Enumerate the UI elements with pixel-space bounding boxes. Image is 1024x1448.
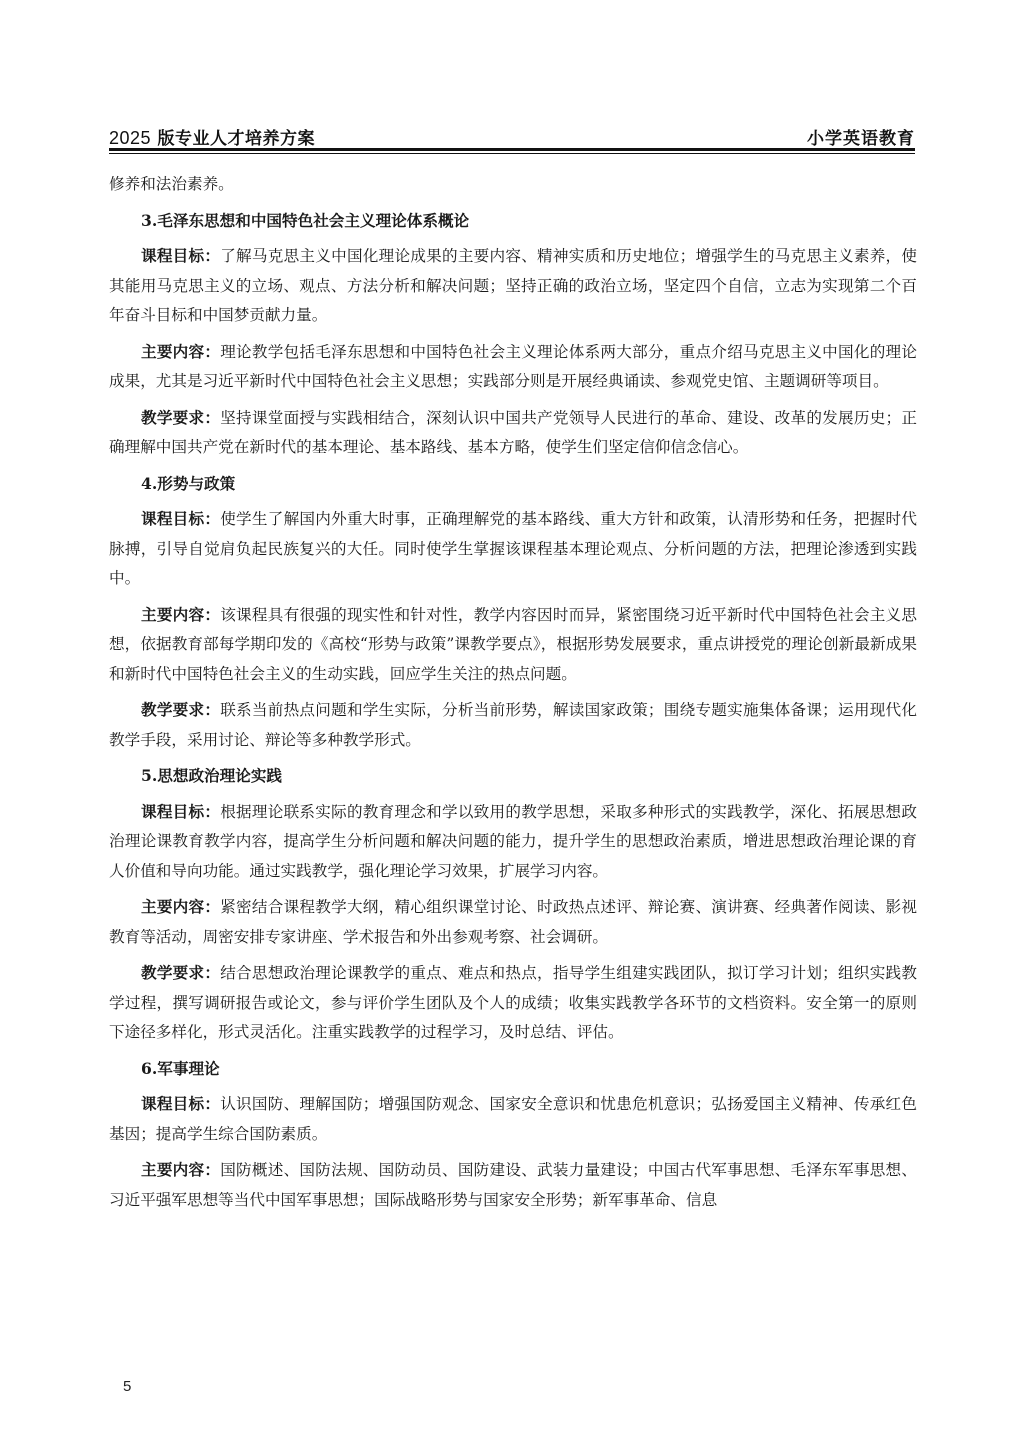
item-label: 教学要求： (141, 700, 220, 719)
document-body: 修养和法治素养。 3.毛泽东思想和中国特色社会主义理论体系概论 课程目标：了解马… (109, 170, 917, 1221)
item-label: 课程目标： (141, 246, 220, 265)
document-page: 2025 版专业人才培养方案 小学英语教育 修养和法治素养。 3.毛泽东思想和中… (0, 0, 1024, 1448)
course-objective: 课程目标：认识国防、理解国防；增强国防观念、国家安全意识和忧患危机意识；弘扬爱国… (109, 1089, 917, 1149)
item-label: 主要内容： (141, 1160, 220, 1179)
header-title-text: 版专业人才培养方案 (151, 129, 315, 149)
item-text: 该课程具有很强的现实性和针对性，教学内容因时而异，紧密围绕习近平新时代中国特色社… (109, 606, 917, 683)
main-content: 主要内容：紧密结合课程教学大纲，精心组织课堂讨论、时政热点述评、辩论赛、演讲赛、… (109, 892, 917, 952)
section-heading: 6.军事理论 (109, 1054, 917, 1084)
header-major-name: 小学英语教育 (807, 124, 915, 149)
item-label: 教学要求： (141, 408, 220, 427)
main-content: 主要内容：该课程具有很强的现实性和针对性，教学内容因时而异，紧密围绕习近平新时代… (109, 600, 917, 690)
continued-paragraph: 修养和法治素养。 (109, 170, 917, 200)
main-content: 主要内容：国防概述、国防法规、国防动员、国防建设、武装力量建设；中国古代军事思想… (109, 1155, 917, 1215)
item-label: 课程目标： (141, 509, 220, 528)
item-text: 国防概述、国防法规、国防动员、国防建设、武装力量建设；中国古代军事思想、毛泽东军… (109, 1161, 917, 1209)
item-label: 主要内容： (141, 897, 220, 916)
item-label: 课程目标： (141, 1094, 220, 1113)
item-text: 紧密结合课程教学大纲，精心组织课堂讨论、时政热点述评、辩论赛、演讲赛、经典著作阅… (109, 898, 917, 946)
teaching-requirement: 教学要求：结合思想政治理论课教学的重点、难点和热点，指导学生组建实践团队，拟订学… (109, 958, 917, 1048)
teaching-requirement: 教学要求：坚持课堂面授与实践相结合，深刻认识中国共产党领导人民进行的革命、建设、… (109, 403, 917, 463)
section-heading: 4.形势与政策 (109, 469, 917, 499)
header-year: 2025 (109, 128, 151, 148)
item-text: 使学生了解国内外重大时事，正确理解党的基本路线、重大方针和政策，认清形势和任务，… (109, 510, 917, 587)
item-text: 根据理论联系实际的教育理念和学以致用的教学思想，采取多种形式的实践教学，深化、拓… (109, 803, 917, 880)
page-number: 5 (123, 1378, 131, 1395)
item-text: 了解马克思主义中国化理论成果的主要内容、精神实质和历史地位；增强学生的马克思主义… (109, 247, 917, 324)
header-program-title: 2025 版专业人才培养方案 (109, 124, 315, 149)
item-label: 教学要求： (141, 963, 220, 982)
item-text: 坚持课堂面授与实践相结合，深刻认识中国共产党领导人民进行的革命、建设、改革的发展… (109, 409, 917, 457)
item-text: 结合思想政治理论课教学的重点、难点和热点，指导学生组建实践团队，拟订学习计划；组… (109, 964, 917, 1041)
item-label: 主要内容： (141, 605, 220, 624)
header-rule-thick (109, 148, 915, 151)
section-heading: 5.思想政治理论实践 (109, 761, 917, 791)
header-rule-thin (109, 153, 915, 154)
page-header: 2025 版专业人才培养方案 小学英语教育 (109, 124, 915, 146)
item-label: 主要内容： (141, 342, 220, 361)
item-text: 认识国防、理解国防；增强国防观念、国家安全意识和忧患危机意识；弘扬爱国主义精神、… (109, 1095, 917, 1143)
section-heading: 3.毛泽东思想和中国特色社会主义理论体系概论 (109, 206, 917, 236)
course-objective: 课程目标：根据理论联系实际的教育理念和学以致用的教学思想，采取多种形式的实践教学… (109, 797, 917, 887)
course-objective: 课程目标：使学生了解国内外重大时事，正确理解党的基本路线、重大方针和政策，认清形… (109, 504, 917, 594)
teaching-requirement: 教学要求：联系当前热点问题和学生实际，分析当前形势，解读国家政策；围绕专题实施集… (109, 695, 917, 755)
course-objective: 课程目标：了解马克思主义中国化理论成果的主要内容、精神实质和历史地位；增强学生的… (109, 241, 917, 331)
item-text: 理论教学包括毛泽东思想和中国特色社会主义理论体系两大部分，重点介绍马克思主义中国… (109, 343, 917, 391)
item-label: 课程目标： (141, 802, 220, 821)
item-text: 联系当前热点问题和学生实际，分析当前形势，解读国家政策；围绕专题实施集体备课；运… (109, 701, 917, 749)
main-content: 主要内容：理论教学包括毛泽东思想和中国特色社会主义理论体系两大部分，重点介绍马克… (109, 337, 917, 397)
